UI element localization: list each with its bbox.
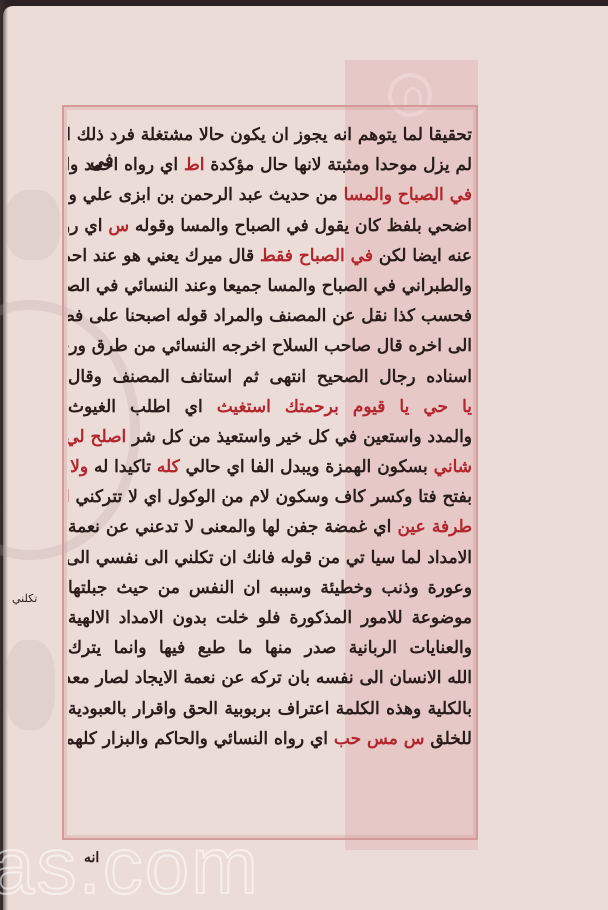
text-line: والمدد واستعين في كل خير واستعيذ من كل ش… <box>68 422 472 452</box>
text-line: والعنايات الربانية صدر منها ما طبع فيها … <box>68 633 472 663</box>
text-line: بفتح فتا وكسر كاف وسكون لام من الوكول اي… <box>68 482 472 512</box>
text-line: الى اخره قال صاحب السلاح اخرجه النسائي م… <box>68 331 472 361</box>
body-text: اي غمضة جفن لها والمعنى لا تدعني عن نعمة <box>68 517 397 537</box>
text-line: عنه ايضا لكن في الصباح فقط قال ميرك يعني… <box>68 241 472 271</box>
body-text: بفتح فتا وكسر كاف وسكون لام من الوكول اي… <box>70 487 472 507</box>
body-text: من حديث عبد الرحمن بن ابزى علي وزيد <box>68 185 344 205</box>
text-line: بالكلية وهذه الكلمة اعتراف بربوبية الحق … <box>68 694 472 724</box>
body-text: الله الانسان الى نفسه بان تركه عن نعمة ا… <box>68 668 472 688</box>
text-line: شاني بسكون الهمزة ويبدل الفا اي حالي كله… <box>68 452 472 482</box>
manuscript-text: تحقيقا لما يتوهم انه يجوز ان يكون حالا م… <box>68 120 472 754</box>
body-text: بالكلية وهذه الكلمة اعتراف بربوبية الحق … <box>68 699 472 719</box>
body-text: تاكيدا له <box>88 457 157 477</box>
show-through-blot <box>5 190 60 260</box>
body-text: اسناده رجال الصحيح انتهى ثم استانف المصن… <box>68 367 472 387</box>
rubric-text: يا حي يا قيوم برحمتك استغيث <box>217 397 472 417</box>
body-text: بسكون الهمزة ويبدل الفا اي حالي <box>180 457 434 477</box>
text-line: والطبراني في الصباح والمسا جميعا وعند ال… <box>68 271 472 301</box>
rubric-text: اصلح لي <box>68 427 126 447</box>
text-line: للخلق س مس حب اي رواه النسائي والحاكم وا… <box>68 724 472 754</box>
body-text: والعنايات الربانية صدر منها ما طبع فيها … <box>68 638 472 658</box>
show-through-blot <box>5 640 55 730</box>
text-line: اضحي بلفظ كان يقول في الصباح والمسا وقول… <box>68 211 472 241</box>
text-line: طرفة عين اي غمضة جفن لها والمعنى لا تدعن… <box>68 512 472 542</box>
text-line: في الصباح والمسا من حديث عبد الرحمن بن ا… <box>68 180 472 210</box>
body-text: تحقيقا لما يتوهم انه يجوز ان يكون حالا م… <box>68 125 472 145</box>
rubric-text: كله <box>157 457 180 477</box>
body-text: قال ميرك يعني هو عند احمد <box>68 246 260 266</box>
margin-note-left: تكلني <box>12 592 37 605</box>
body-text: اي رواه احمد والطبرا <box>68 155 184 175</box>
body-text: الى اخره قال صاحب السلاح اخرجه النسائي م… <box>68 336 472 356</box>
text-line: يا حي يا قيوم برحمتك استغيث اي اطلب الغي… <box>68 392 472 422</box>
body-text: فحسب كذا نقل عن المصنف والمراد قوله اصبح… <box>68 306 472 326</box>
rubric-text: س <box>108 216 129 236</box>
text-line: اسناده رجال الصحيح انتهى ثم استانف المصن… <box>68 362 472 392</box>
rubric-text: شاني <box>434 457 472 477</box>
body-text: لم يزل موحدا ومثبتة لانها حال مؤكدة <box>204 155 472 175</box>
rubric-text: طرفة عين <box>397 517 472 537</box>
body-text: الامداد لما سيا تي من قوله فانك ان تكلني… <box>68 548 472 568</box>
body-text: وعورة وذنب وخطيئة وسببه ان النفس من حيث … <box>68 578 472 598</box>
text-line: الامداد لما سيا تي من قوله فانك ان تكلني… <box>68 543 472 573</box>
rubric-text: في الصباح فقط <box>260 246 373 266</box>
body-text: اي اطلب الغيوث <box>68 397 217 417</box>
rubric-text: في الصباح والمسا <box>344 185 472 205</box>
text-line: وعورة وذنب وخطيئة وسببه ان النفس من حيث … <box>68 573 472 603</box>
body-text: اضحي بلفظ كان يقول في الصباح والمسا وقول… <box>129 216 472 236</box>
body-text: موضوعة للامور المذكورة فلو خلت بدون الام… <box>68 608 472 628</box>
text-line: لم يزل موحدا ومثبتة لانها حال مؤكدة اط ا… <box>68 150 472 180</box>
site-watermark: as.com <box>0 820 260 910</box>
rubric-text: ولا تكلني <box>68 457 88 477</box>
body-text: والمدد واستعين في كل خير واستعيذ من كل ش… <box>126 427 472 447</box>
text-line: تحقيقا لما يتوهم انه يجوز ان يكون حالا م… <box>68 120 472 150</box>
text-line: موضوعة للامور المذكورة فلو خلت بدون الام… <box>68 603 472 633</box>
rubric-text: اط <box>184 155 204 175</box>
body-text: اي رواه النسائي والحاكم والبزار كلهم عن … <box>68 729 334 749</box>
text-line: الله الانسان الى نفسه بان تركه عن نعمة ا… <box>68 663 472 693</box>
body-text: والطبراني في الصباح والمسا جميعا وعند ال… <box>68 276 472 296</box>
text-line: فحسب كذا نقل عن المصنف والمراد قوله اصبح… <box>68 301 472 331</box>
body-text: اي رواه النسائي <box>68 216 108 236</box>
body-text: عنه ايضا لكن <box>373 246 472 266</box>
body-text: للخلق <box>424 729 472 749</box>
rubric-text: س مس حب <box>334 729 425 749</box>
